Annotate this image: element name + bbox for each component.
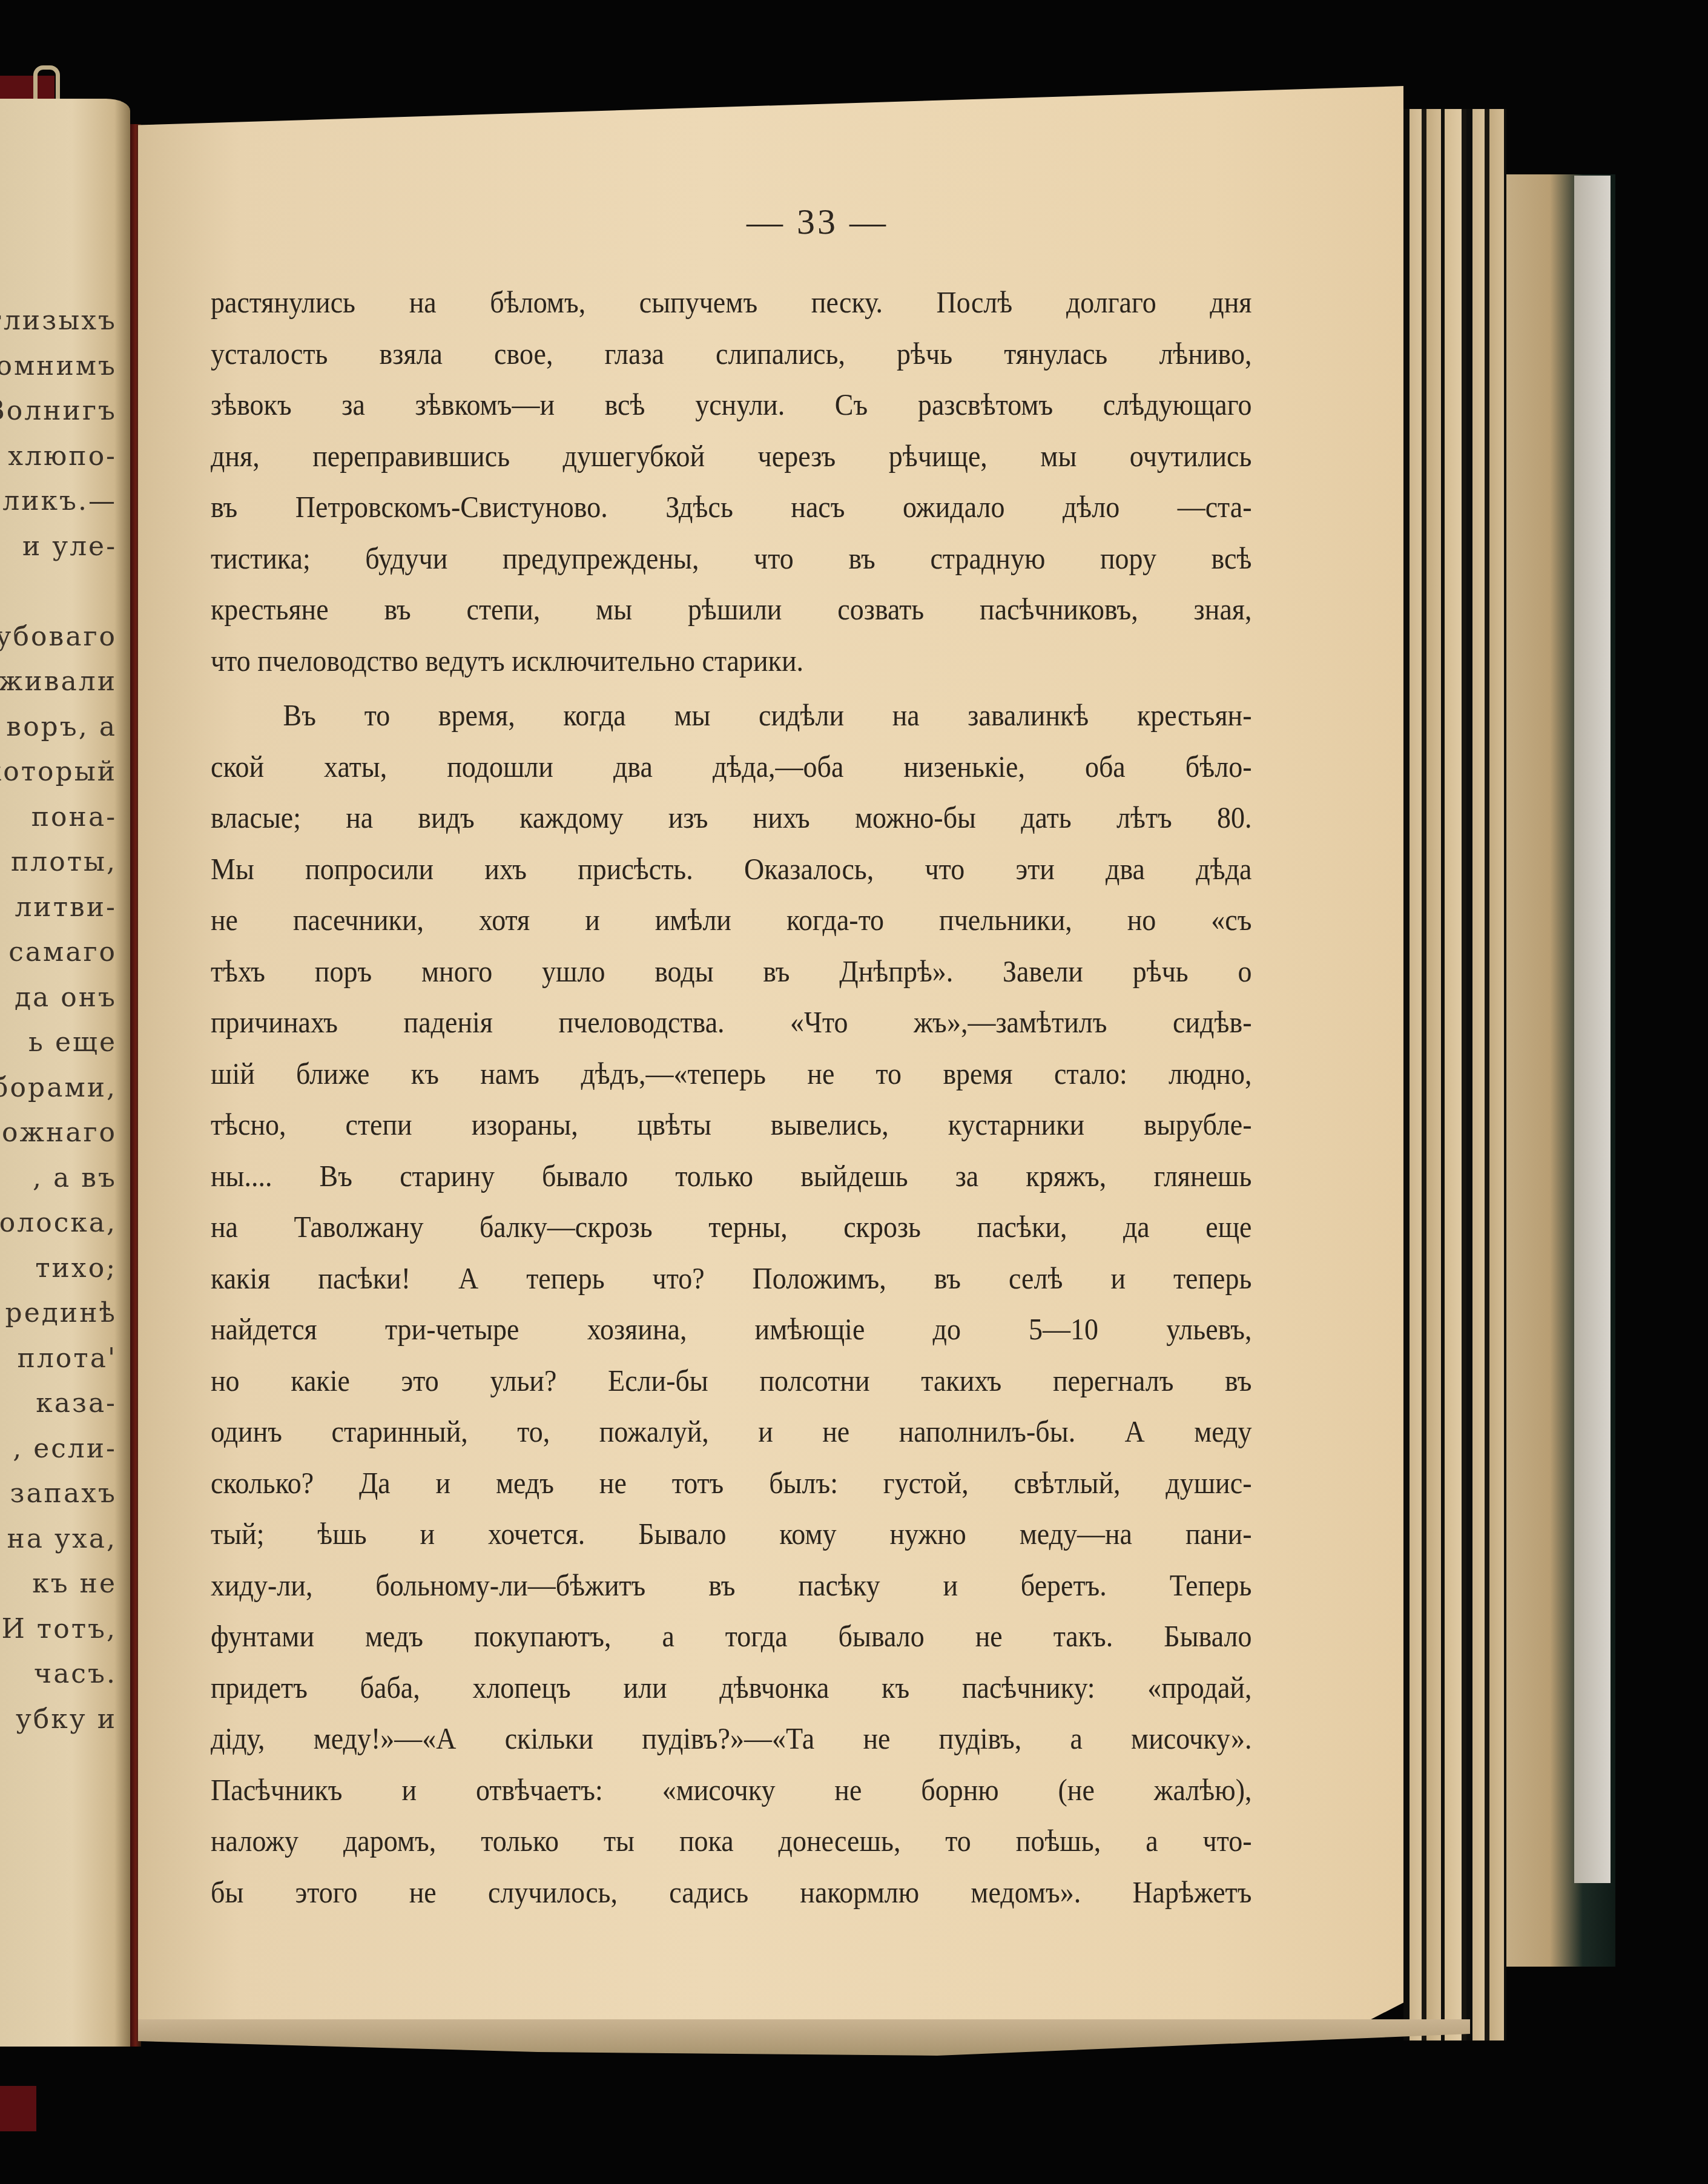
text-line: крестьяне въ степи, мы рѣшили созвать па…: [211, 584, 1251, 635]
text-line: хиду-ли, больному-ли—бѣжитъ въ пасѣку и …: [211, 1560, 1251, 1611]
text-line: Пасѣчникъ и отвѣчаетъ: «мисочку не борню…: [211, 1764, 1251, 1816]
text-line: одинъ старинный, то, пожалуй, и не напол…: [211, 1406, 1251, 1457]
left-line: тлизыхъ: [0, 299, 117, 344]
left-line: хлюпо-: [0, 434, 117, 480]
left-line: , а въ: [0, 1156, 117, 1201]
left-line: убоваго: [0, 615, 117, 660]
left-line: пона-: [0, 795, 117, 840]
left-line: олоска,: [0, 1201, 117, 1246]
left-line: запахъ: [0, 1471, 117, 1517]
left-line: рединѣ: [0, 1291, 117, 1336]
text-line: что пчеловодство ведутъ исключительно ст…: [211, 635, 1251, 687]
right-page: — 33 — растянулись на бѣломъ, сыпучемъ п…: [138, 86, 1403, 2042]
text-line: шій ближе къ намъ дѣдъ,—«теперь не то вр…: [211, 1048, 1251, 1100]
left-line: на уха,: [0, 1517, 117, 1562]
text-line: найдется три-четыре хозяина, имѣющіе до …: [211, 1304, 1251, 1355]
left-line: , если-: [0, 1427, 117, 1472]
left-line: литви-: [0, 885, 117, 931]
text-line: діду, меду!»—«А скільки пудівъ?»—«Та не …: [211, 1713, 1251, 1764]
page-block-edges: [1403, 109, 1506, 2040]
left-line: каза-: [0, 1381, 117, 1427]
text-line: наложу даромъ, только ты пока донесешь, …: [211, 1815, 1251, 1867]
text-line: на Таволжану балку—скрозь терны, скрозь …: [211, 1201, 1251, 1253]
left-line: воръ, а: [0, 705, 117, 750]
left-page-text: тлизыхъ омнимъ Волнигъ хлюпо- ликъ.— и у…: [0, 299, 117, 1742]
text-line: тѣхъ поръ много ушло воды въ Днѣпрѣ». За…: [211, 946, 1251, 997]
left-line: и уле-: [0, 524, 117, 570]
text-line: ны.... Въ старину бывало только выйдешь …: [211, 1150, 1251, 1202]
left-line: ожнаго: [0, 1110, 117, 1156]
page-bottom-edge: [138, 2019, 1470, 2056]
left-line: живали: [0, 659, 117, 705]
text-line: Мы попросили ихъ присѣсть. Оказалось, чт…: [211, 843, 1251, 895]
text-line: сколько? Да и медъ не тотъ былъ: густой,…: [211, 1457, 1251, 1509]
left-line: [0, 569, 117, 615]
text-line: какія пасѣки! А теперь что? Положимъ, въ…: [211, 1253, 1251, 1304]
paragraph-start-line: Въ то время, когда мы сидѣли на завалинк…: [211, 690, 1251, 741]
text-line: тый; ѣшь и хочется. Бывало кому нужно ме…: [211, 1508, 1251, 1560]
left-line: да онъ: [0, 975, 117, 1021]
left-line: плота': [0, 1336, 117, 1382]
red-binding-bottom: [0, 2086, 36, 2131]
left-line: И тотъ,: [0, 1607, 117, 1652]
text-line: дня, переправившись душегубкой черезъ рѣ…: [211, 431, 1251, 482]
left-line: плоты,: [0, 840, 117, 885]
text-line: придетъ баба, хлопецъ или дѣвчонка къ па…: [211, 1662, 1251, 1714]
body-text: растянулись на бѣломъ, сыпучемъ песку. П…: [211, 277, 1252, 1918]
text-line: въ Петровскомъ-Свистуново. Здѣсь насъ ож…: [211, 481, 1251, 533]
left-line: ликъ.—: [0, 479, 117, 524]
left-line: къ не: [0, 1562, 117, 1607]
text-line: растянулись на бѣломъ, сыпучемъ песку. П…: [211, 277, 1251, 328]
left-line: часъ.: [0, 1652, 117, 1697]
text-line: бы этого не случилось, садись накормлю м…: [211, 1867, 1251, 1918]
left-line: Волнигъ: [0, 389, 117, 434]
text-line: усталость взяла свое, глаза слипались, р…: [211, 328, 1251, 380]
left-line: ь еще: [0, 1020, 117, 1066]
text-line: фунтами медъ покупаютъ, а тогда бывало н…: [211, 1611, 1251, 1662]
left-line: самаго: [0, 930, 117, 975]
left-line: который: [0, 750, 117, 795]
text-line: тистика; будучи предупреждены, что въ ст…: [211, 533, 1251, 584]
left-line: борами,: [0, 1066, 117, 1111]
text-line: тѣсно, степи изораны, цвѣты вывелись, ку…: [211, 1099, 1251, 1150]
text-line: зѣвокъ за зѣвкомъ—и всѣ уснули. Съ разсв…: [211, 379, 1251, 431]
text-line: власые; на видъ каждому изъ нихъ можно-б…: [211, 792, 1251, 843]
left-line: убку и: [0, 1697, 117, 1743]
text-line: причинахъ паденія пчеловодства. «Что жъ»…: [211, 997, 1251, 1048]
text-line: но какіе это ульи? Если-бы полсотни таки…: [211, 1355, 1251, 1407]
page-number: — 33 —: [747, 201, 888, 243]
left-line: омнимъ: [0, 344, 117, 389]
endpaper-edge: [1574, 176, 1611, 1883]
text-line: ской хаты, подошли два дѣда,—оба низеньк…: [211, 741, 1251, 793]
left-page: тлизыхъ омнимъ Волнигъ хлюпо- ликъ.— и у…: [0, 99, 130, 2047]
left-line: тихо;: [0, 1246, 117, 1292]
text-line: не пасечники, хотя и имѣли когда-то пчел…: [211, 894, 1251, 946]
